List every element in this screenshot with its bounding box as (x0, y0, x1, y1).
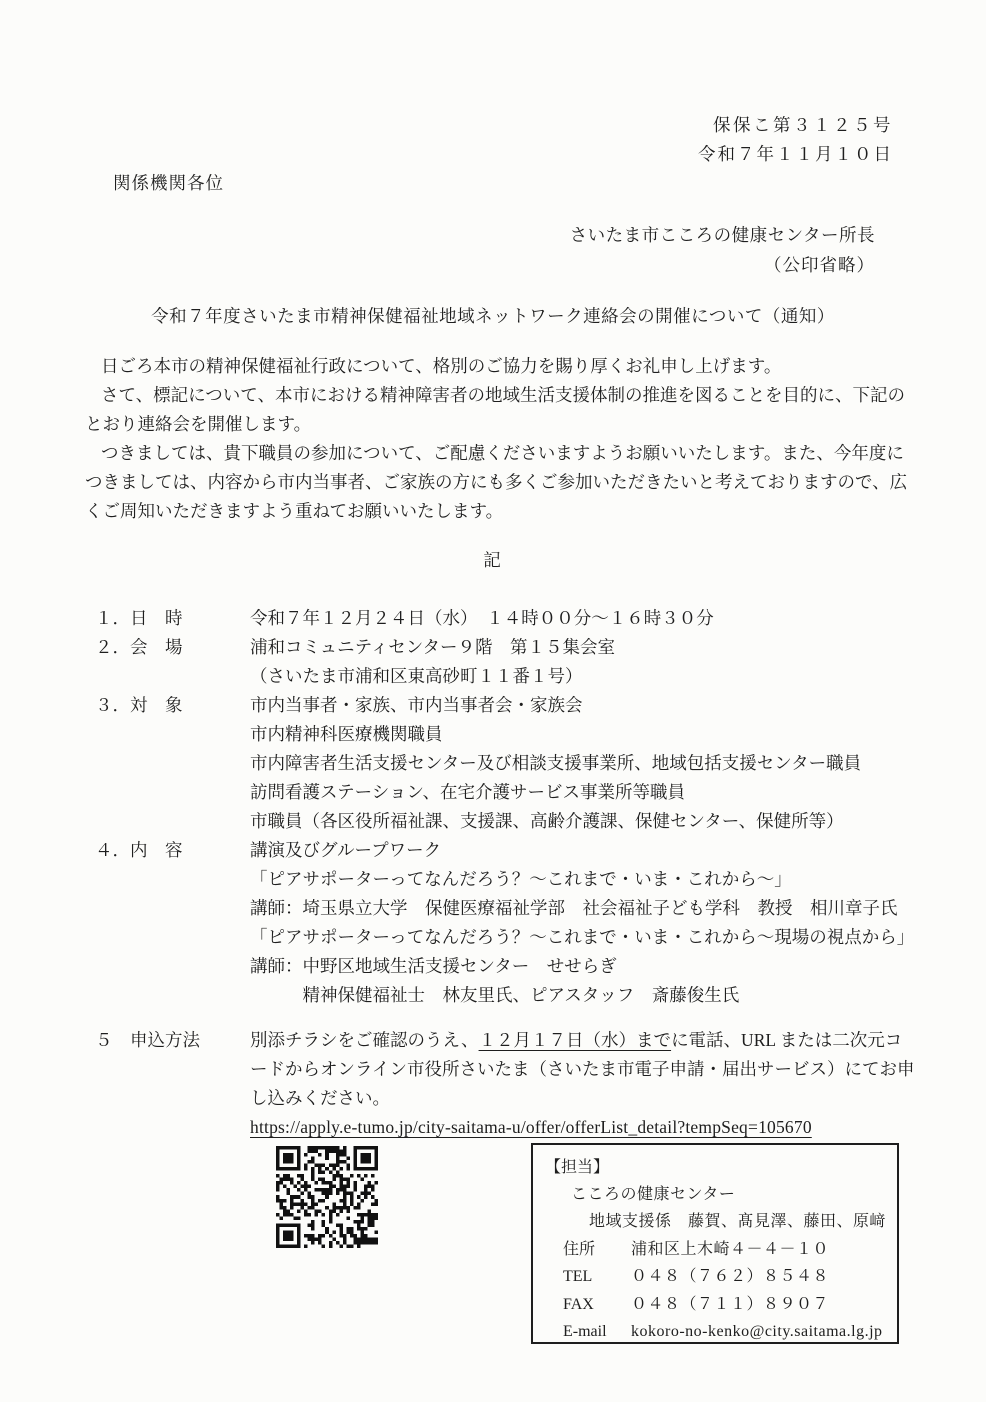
item-label: ２．会 場 (95, 633, 250, 662)
contact-label: TEL (563, 1263, 631, 1290)
contact-rows: こころの健康センター地域支援係 藤賀、髙見澤、藤田、原﨑住所浦和区上木崎４－４－… (545, 1181, 885, 1345)
contact-label: 住所 (563, 1236, 631, 1263)
paragraph: つきましては、貴下職員の参加について、ご配慮くださいますようお願いいたします。ま… (85, 439, 919, 526)
contact-row: E-mailkokoro-no-kenko@city.saitama.lg.jp (545, 1318, 885, 1345)
item-line: https://apply.e-tumo.jp/city-saitama-u/o… (250, 1113, 927, 1142)
item-line: 市内当事者・家族、市内当事者会・家族会 (250, 691, 927, 720)
sender-title: さいたま市こころの健康センター所長 (570, 222, 875, 247)
issue-date: 令和７年１１月１０日 (698, 141, 893, 166)
item-line: 「ピアサポーターってなんだろう？～これまで・いま・これから～現場の視点から」 (250, 923, 927, 952)
text-run: し込みください。 (250, 1088, 390, 1108)
item-content: 別添チラシをご確認のうえ、１２月１７日（水）までに電話、URL または二次元コー… (250, 1026, 927, 1142)
list-item: ３．対 象市内当事者・家族、市内当事者会・家族会市内精神科医療機関職員市内障害者… (95, 691, 927, 836)
seal-omitted-note: （公印省略） (764, 252, 875, 277)
item-label: １．日 時 (95, 604, 250, 633)
qr-code (276, 1146, 378, 1248)
item-content: 市内当事者・家族、市内当事者会・家族会市内精神科医療機関職員市内障害者生活支援セ… (250, 691, 927, 836)
item-line: 精神保健福祉士 林友里氏、ピアスタッフ 斎藤俊生氏 (250, 981, 927, 1010)
item-line: 訪問看護ステーション、在宅介護サービス事業所等職員 (250, 778, 927, 807)
item-line: 市内障害者生活支援センター及び相談支援事業所、地域包括支援センター職員 (250, 749, 927, 778)
paragraph: 日ごろ本市の精神保健福祉行政について、格別のご協力を賜り厚くお礼申し上げます。 (85, 352, 919, 381)
doc-number: 保保こ第３１２５号 (713, 112, 893, 137)
contact-row: 住所浦和区上木崎４－４－１０ (545, 1236, 885, 1263)
list-item: ５ 申込方法別添チラシをご確認のうえ、１２月１７日（水）までに電話、URL また… (95, 1026, 927, 1142)
contact-box: 【担当】 こころの健康センター地域支援係 藤賀、髙見澤、藤田、原﨑住所浦和区上木… (531, 1143, 899, 1344)
item-content: 令和７年１２月２４日（水） １４時００分～１６時３０分 (250, 604, 927, 633)
list-item: １．日 時令和７年１２月２４日（水） １４時００分～１６時３０分 (95, 604, 927, 633)
paragraph: さて、標記について、本市における精神障害者の地域生活支援体制の推進を図ることを目… (85, 381, 919, 439)
contact-row: こころの健康センター (545, 1181, 885, 1208)
item-line: （さいたま市浦和区東高砂町１１番１号） (250, 662, 927, 691)
text-run: ードからオンライン市役所さいたま（さいたま市電子申請・届出サービス）にてお申 (250, 1059, 914, 1079)
item-label: ４．内 容 (95, 836, 250, 865)
item-line: 講師：中野区地域生活支援センター せせらぎ (250, 952, 927, 981)
text-run: １２月１７日（水）まで (479, 1030, 672, 1050)
list-item: ２．会 場浦和コミュニティセンター９階 第１５集会室（さいたま市浦和区東高砂町１… (95, 633, 927, 691)
contact-row: 地域支援係 藤賀、髙見澤、藤田、原﨑 (545, 1208, 885, 1235)
contact-value: kokoro-no-kenko@city.saitama.lg.jp (631, 1318, 883, 1345)
item-content: 講演及びグループワーク「ピアサポーターってなんだろう？～これまで・いま・これから… (250, 836, 927, 1010)
item-label: ３．対 象 (95, 691, 250, 720)
contact-row: TEL０４８（７６２）８５４８ (545, 1263, 885, 1290)
item-line: ードからオンライン市役所さいたま（さいたま市電子申請・届出サービス）にてお申 (250, 1055, 927, 1084)
contact-label: E-mail (563, 1318, 631, 1345)
document-title: 令和７年度さいたま市精神保健福祉地域ネットワーク連絡会の開催について（通知） (0, 303, 986, 328)
item-line: 講師：埼玉県立大学 保健医療福祉学部 社会福祉子ども学科 教授 相川章子氏 (250, 894, 927, 923)
item-line: 市職員（各区役所福祉課、支援課、高齢介護課、保健センター、保健所等） (250, 807, 927, 836)
item-line: 「ピアサポーターってなんだろう？～これまで・いま・これから～」 (250, 865, 927, 894)
document-page: 保保こ第３１２５号 令和７年１１月１０日 関係機関各位 さいたま市こころの健康セ… (0, 0, 986, 1402)
contact-heading: 【担当】 (545, 1154, 885, 1181)
item-line: 市内精神科医療機関職員 (250, 720, 927, 749)
text-run: に電話、URL または二次元コ (671, 1030, 902, 1050)
contact-value: 地域支援係 藤賀、髙見澤、藤田、原﨑 (589, 1208, 886, 1235)
item-line: 別添チラシをご確認のうえ、１２月１７日（水）までに電話、URL または二次元コ (250, 1026, 927, 1055)
contact-value: 浦和区上木崎４－４－１０ (631, 1236, 829, 1263)
record-mark: 記 (0, 547, 986, 572)
application-url: https://apply.e-tumo.jp/city-saitama-u/o… (250, 1117, 812, 1137)
contact-label: FAX (563, 1291, 631, 1318)
contact-value: こころの健康センター (571, 1181, 735, 1208)
item-line: 浦和コミュニティセンター９階 第１５集会室 (250, 633, 927, 662)
contact-value: ０４８（７６２）８５４８ (631, 1263, 829, 1290)
recipient-line: 関係機関各位 (113, 170, 224, 195)
item-line: 講演及びグループワーク (250, 836, 927, 865)
agenda-list: １．日 時令和７年１２月２４日（水） １４時００分～１６時３０分２．会 場浦和コ… (95, 604, 927, 1142)
item-content: 浦和コミュニティセンター９階 第１５集会室（さいたま市浦和区東高砂町１１番１号） (250, 633, 927, 691)
item-line: 令和７年１２月２４日（水） １４時００分～１６時３０分 (250, 604, 927, 633)
item-line: し込みください。 (250, 1084, 927, 1113)
body-paragraphs: 日ごろ本市の精神保健福祉行政について、格別のご協力を賜り厚くお礼申し上げます。さ… (85, 352, 919, 526)
item-label: ５ 申込方法 (95, 1026, 250, 1055)
contact-row: FAX０４８（７１１）８９０７ (545, 1291, 885, 1318)
contact-value: ０４８（７１１）８９０７ (631, 1291, 829, 1318)
text-run: 別添チラシをご確認のうえ、 (250, 1030, 479, 1050)
list-item: ４．内 容講演及びグループワーク「ピアサポーターってなんだろう？～これまで・いま… (95, 836, 927, 1010)
